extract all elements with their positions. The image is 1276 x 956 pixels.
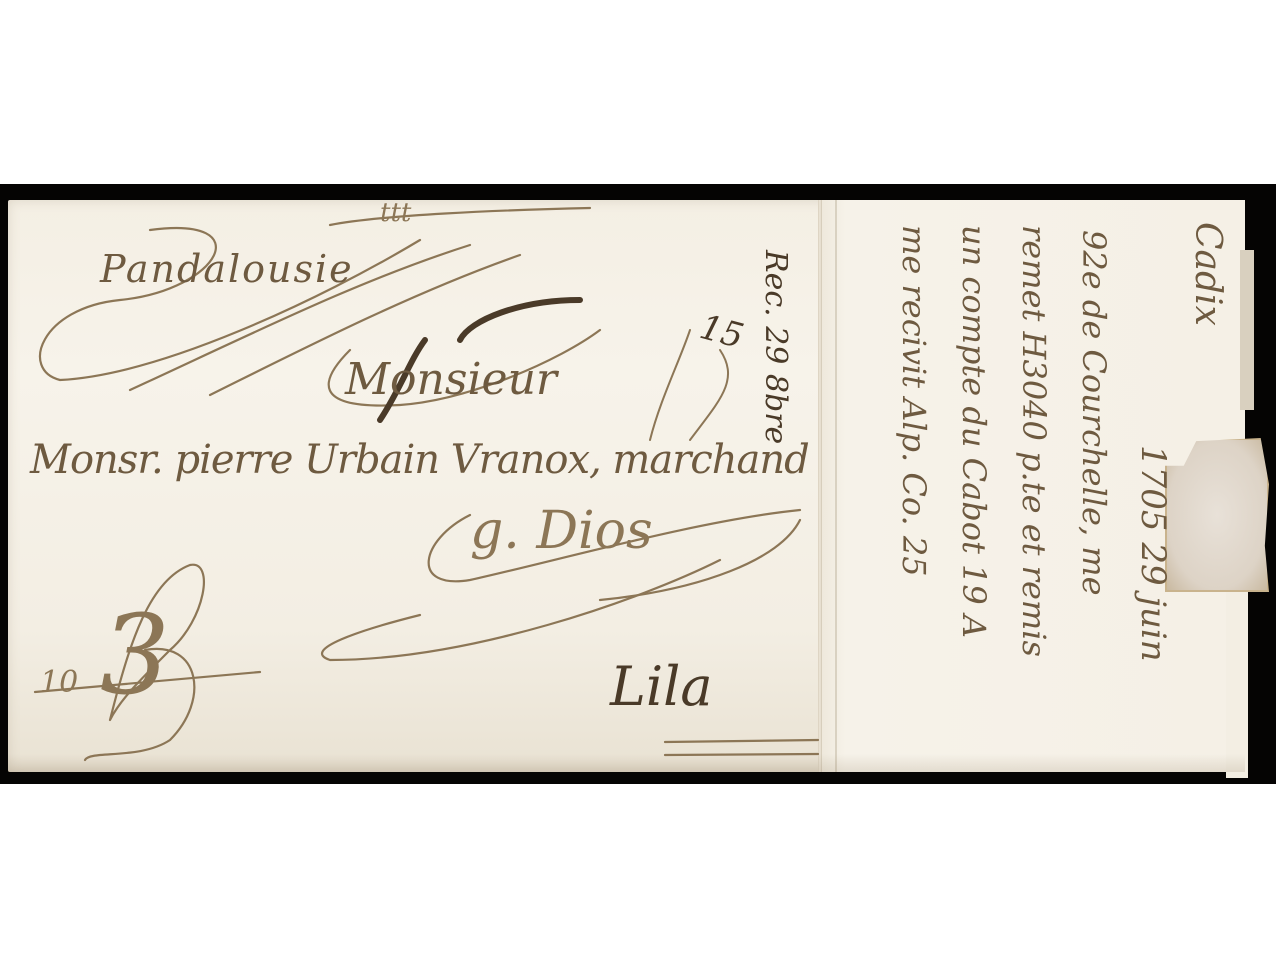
fold-crease-secondary [835, 200, 837, 772]
back-line-5: un compte du Cabot 19 A [958, 225, 990, 638]
back-line-6: me recivit Alp. Co. 25 [898, 225, 930, 577]
back-line-4: remet H3040 p.te et remis [1018, 225, 1050, 657]
paper-notch [1226, 588, 1248, 778]
back-line-3: 92e de Courchelle, me [1078, 230, 1110, 596]
rating-mark: 3 [100, 600, 170, 710]
paper-shadow [8, 754, 1245, 772]
paper-edge-strip [1240, 250, 1254, 410]
address-line: Monsr. pierre Urbain Vranox, marchand [30, 440, 809, 480]
back-line-2: 1705 29 juin [1136, 445, 1170, 662]
back-line-1: Cadix [1189, 222, 1225, 326]
receipt-note: Rec. 29 8bre [760, 250, 790, 444]
via-note: g. Dios [470, 505, 653, 557]
fold-crease [818, 200, 822, 772]
salutation: Monsieur [345, 358, 557, 402]
destination: Lila [610, 660, 713, 714]
route-note: Pandalousie [100, 250, 354, 288]
rating-prefix: 10 [40, 668, 78, 698]
charge-mark: 15 [696, 310, 747, 354]
crossed-mark-top: ttt [380, 200, 411, 226]
